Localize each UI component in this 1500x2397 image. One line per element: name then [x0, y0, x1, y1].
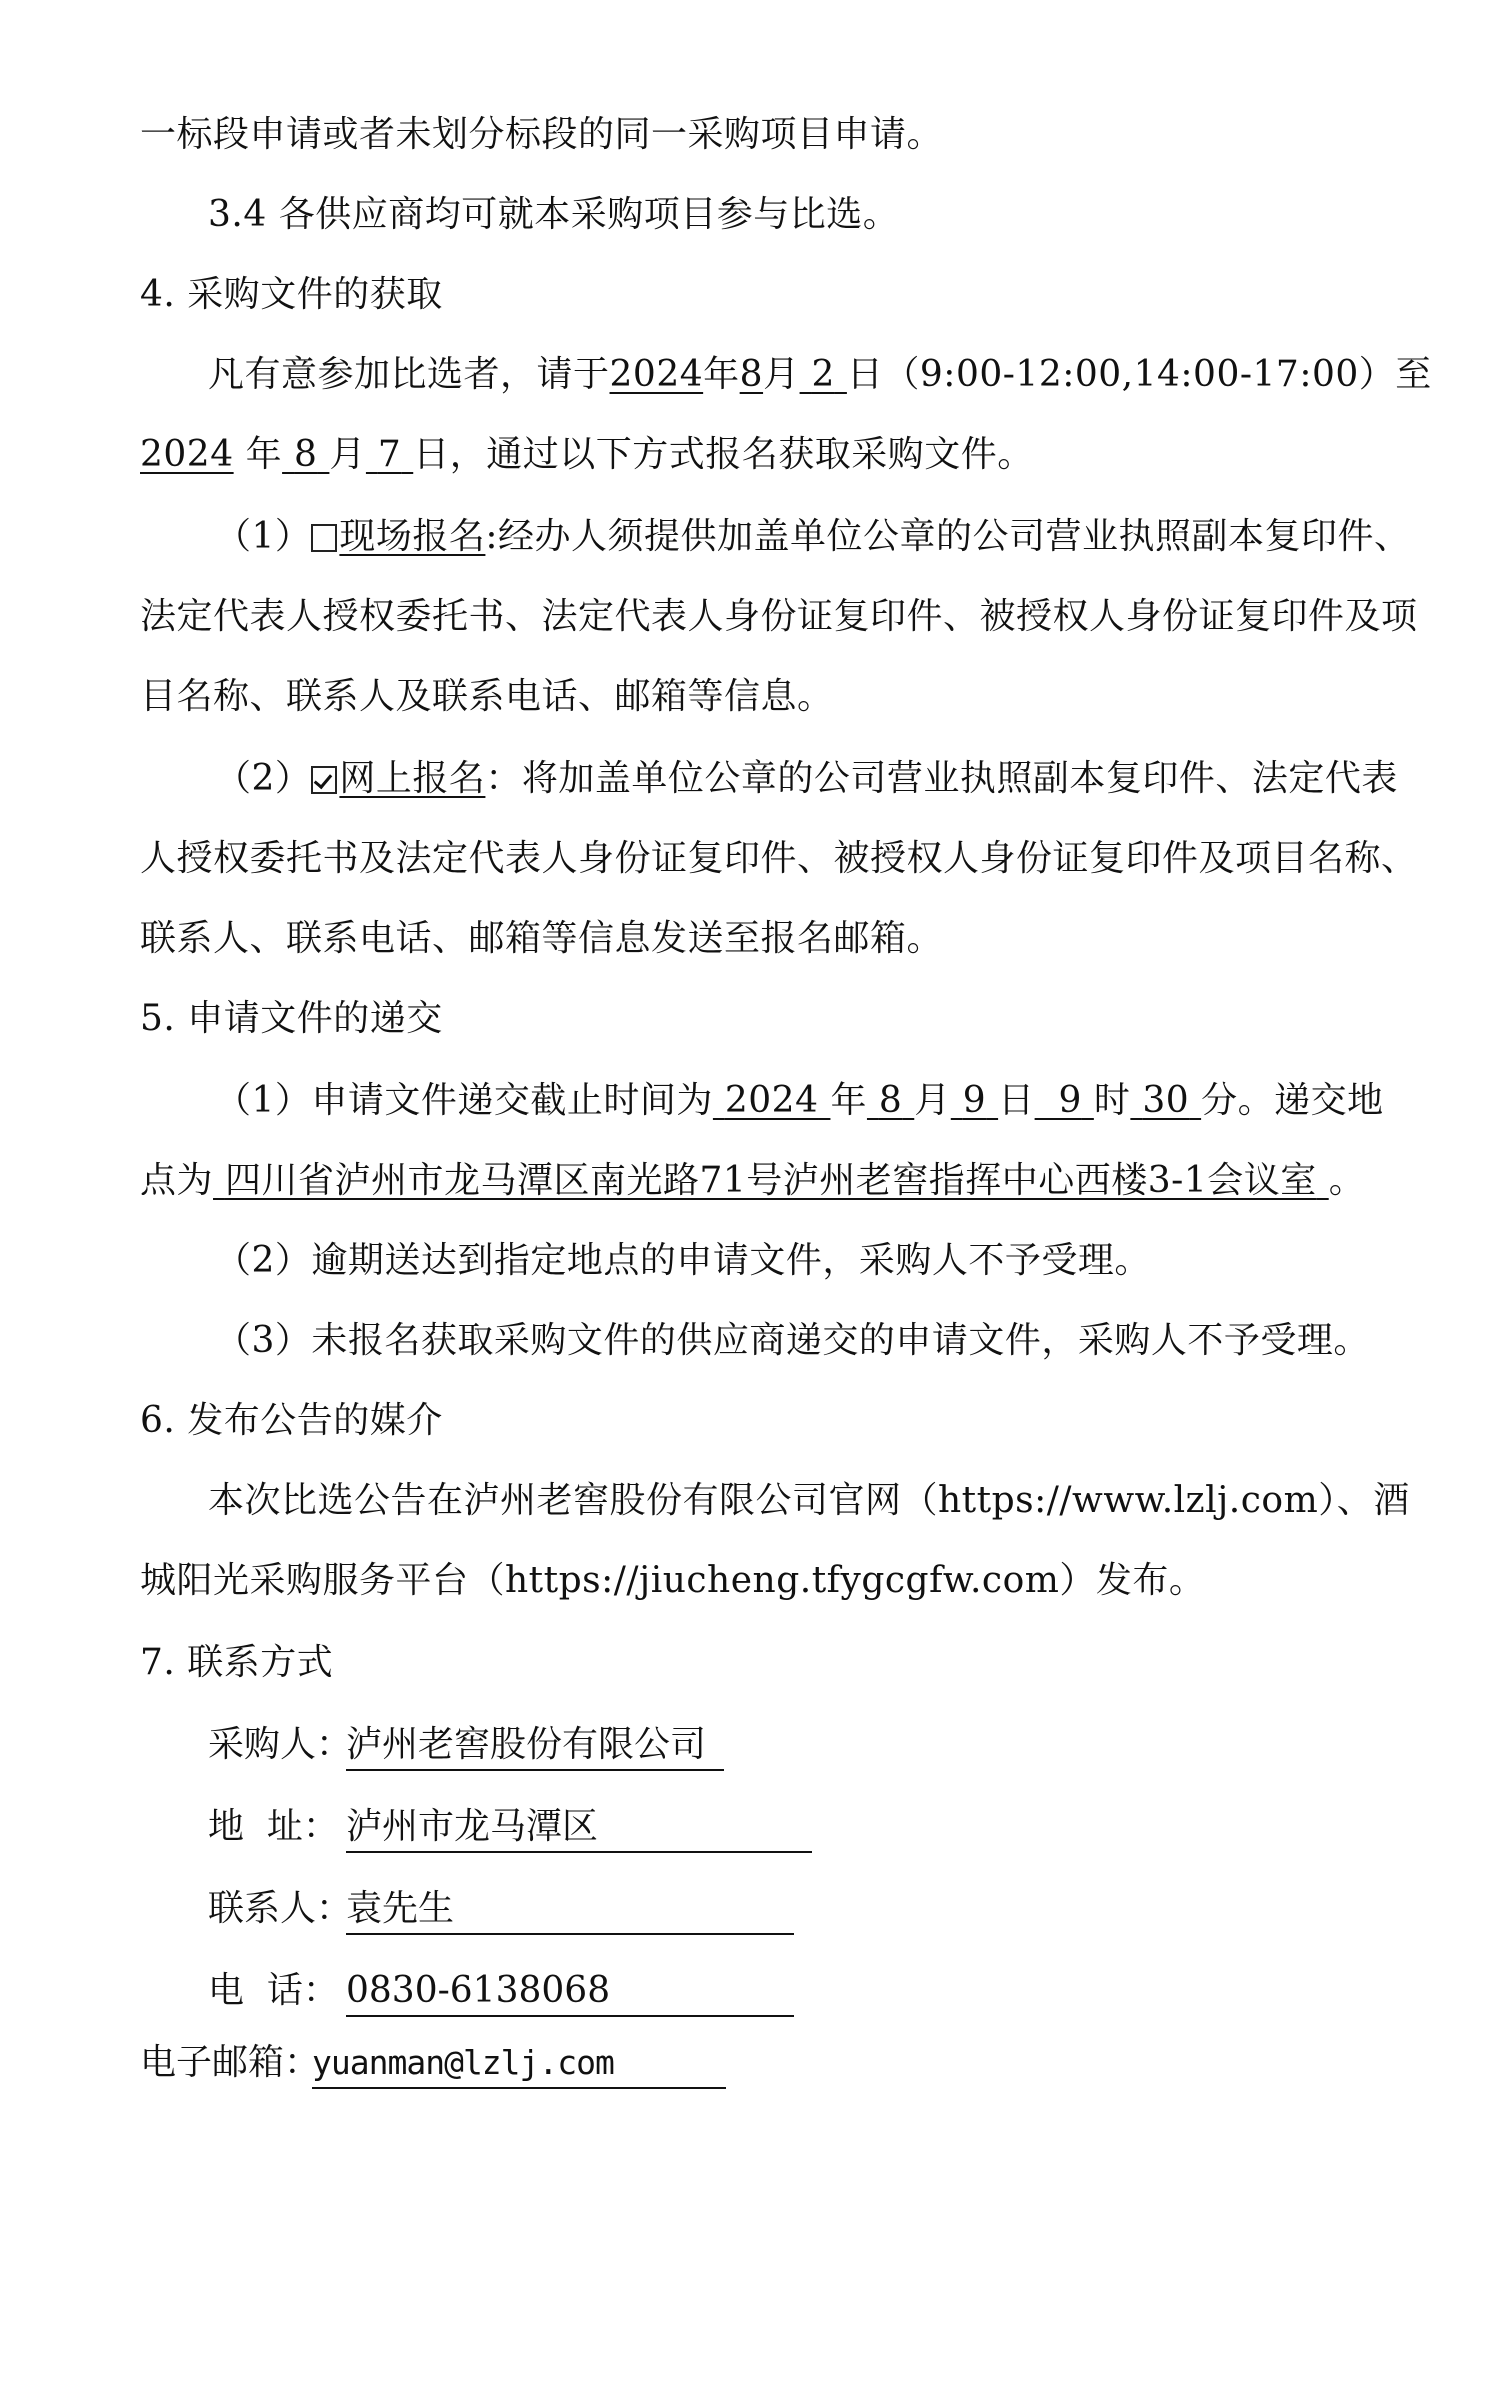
option-online-line1: （2）网上报名：将加盖单位公章的公司营业执照副本复印件、法定代表	[215, 757, 1415, 801]
email-value[interactable]: yuanman@lzlj.com	[312, 2041, 726, 2089]
option-online-line2: 人授权委托书及法定代表人身份证复印件、被授权人身份证复印件及项目名称、	[140, 837, 1340, 881]
day-char: 日	[847, 354, 884, 395]
deadline-day: 9	[951, 1080, 998, 1121]
deadline-year: 2024	[713, 1080, 831, 1121]
end-month-value: 8	[294, 434, 317, 475]
field-label: 地 址：	[208, 1805, 346, 1849]
month-char: 月	[329, 434, 366, 475]
start-year: 2024	[610, 354, 704, 395]
option-online-line3: 联系人、联系电话、邮箱等信息发送至报名邮箱。	[140, 917, 1340, 961]
section-4-intro-line1: 凡有意参加比选者，请于2024年8月 2 日（9:00-12:00,14:00-…	[208, 353, 1408, 397]
year-char: 年	[703, 354, 740, 395]
paragraph-3-4: 3.4 各供应商均可就本采购项目参与比选。	[208, 193, 1408, 237]
field-label: 电子邮箱：	[140, 2041, 312, 2085]
submission-location: 四川省泸州市龙马潭区南光路71号泸州老窖指挥中心西楼3-1会议室	[213, 1160, 1329, 1201]
option-onsite-line1: （1）现场报名:经办人须提供加盖单位公章的公司营业执照副本复印件、	[215, 515, 1415, 559]
deadline-text: （1）申请文件递交截止时间为	[215, 1080, 713, 1121]
contact-purchaser-row: 采购人：泸州老窖股份有限公司	[208, 1723, 724, 1771]
phone-value: 0830-6138068	[346, 1969, 794, 2017]
online-checkbox-checked-icon[interactable]	[311, 766, 337, 794]
month-char: 月	[763, 354, 800, 395]
section-5-heading: 5. 申请文件的递交	[140, 997, 1340, 1041]
location-label: 点为	[140, 1160, 213, 1201]
deadline-line: （1）申请文件递交截止时间为 2024 年 8 月 9 日 9 时 30 分。递…	[215, 1079, 1415, 1123]
deadline-hour-value: 9	[1059, 1080, 1082, 1121]
intro-text: 凡有意参加比选者，请于	[208, 354, 610, 395]
option-label: 现场报名	[339, 516, 485, 557]
purchaser-value: 泸州老窖股份有限公司	[346, 1723, 724, 1771]
end-month: 8	[282, 434, 329, 475]
contact-person-value: 袁先生	[346, 1887, 794, 1935]
section-4-heading: 4. 采购文件的获取	[140, 273, 1340, 317]
contact-person-row: 联系人：袁先生	[208, 1887, 794, 1935]
office-hours: （9:00-12:00,14:00-17:00）至	[883, 354, 1431, 395]
contact-address-row: 地 址：泸州市龙马潭区	[208, 1805, 812, 1853]
deadline-month-value: 8	[879, 1080, 902, 1121]
option-onsite-line2: 法定代表人授权委托书、法定代表人身份证复印件、被授权人身份证复印件及项	[140, 595, 1340, 639]
start-day: 2	[800, 354, 847, 395]
option-label: 网上报名	[339, 758, 485, 799]
minute-char: 分。递交地	[1201, 1080, 1384, 1121]
deadline-month: 8	[867, 1080, 914, 1121]
day-char: 日	[998, 1080, 1035, 1121]
section-4-intro-line2: 2024 年 8 月 7 日，通过以下方式报名获取采购文件。	[140, 433, 1340, 477]
option-number: （1）	[215, 516, 311, 557]
location-line: 点为 四川省泸州市龙马潭区南光路71号泸州老窖指挥中心西楼3-1会议室 。	[140, 1159, 1340, 1203]
field-label: 采购人：	[208, 1723, 346, 1767]
year-char: 年	[246, 434, 283, 475]
field-label: 联系人：	[208, 1887, 346, 1931]
deadline-hour: 9	[1035, 1080, 1094, 1121]
section-6-line1: 本次比选公告在泸州老窖股份有限公司官网（https://www.lzlj.com…	[208, 1479, 1408, 1523]
start-day-value: 2	[812, 354, 835, 395]
month-char: 月	[914, 1080, 951, 1121]
deadline-day-value: 9	[963, 1080, 986, 1121]
section-5-item-3: （3）未报名获取采购文件的供应商递交的申请文件，采购人不予受理。	[215, 1319, 1415, 1363]
end-year: 2024	[140, 434, 234, 475]
online-registration-option[interactable]: 网上报名	[311, 758, 485, 799]
end-day: 7	[366, 434, 413, 475]
contact-email-row: 电子邮箱：yuanman@lzlj.com	[140, 2041, 726, 2089]
option-text: :经办人须提供加盖单位公章的公司营业执照副本复印件、	[485, 516, 1410, 557]
document-page: 一标段申请或者未划分标段的同一采购项目申请。 3.4 各供应商均可就本采购项目参…	[0, 0, 1500, 2397]
option-onsite-line3: 目名称、联系人及联系电话、邮箱等信息。	[140, 675, 1340, 719]
address-value: 泸州市龙马潭区	[346, 1805, 812, 1853]
onsite-registration-option[interactable]: 现场报名	[311, 516, 485, 557]
deadline-minute: 30	[1130, 1080, 1201, 1121]
option-text: ：将加盖单位公章的公司营业执照副本复印件、法定代表	[485, 758, 1398, 799]
intro-post-text: 日，通过以下方式报名获取采购文件。	[413, 434, 1034, 475]
submission-location-value: 四川省泸州市龙马潭区南光路71号泸州老窖指挥中心西楼3-1会议室	[225, 1160, 1317, 1201]
section-5-item-2: （2）逾期送达到指定地点的申请文件，采购人不予受理。	[215, 1239, 1415, 1283]
onsite-checkbox-icon[interactable]	[311, 524, 337, 552]
contact-phone-row: 电 话：0830-6138068	[208, 1969, 794, 2017]
start-month: 8	[740, 354, 763, 395]
deadline-year-value: 2024	[725, 1080, 819, 1121]
hour-char: 时	[1094, 1080, 1131, 1121]
section-6-heading: 6. 发布公告的媒介	[140, 1399, 1340, 1443]
paragraph-continuation: 一标段申请或者未划分标段的同一采购项目申请。	[140, 113, 1340, 157]
location-period: 。	[1329, 1160, 1366, 1201]
section-7-heading: 7. 联系方式	[140, 1641, 1340, 1685]
section-6-line2: 城阳光采购服务平台（https://jiucheng.tfygcgfw.com）…	[140, 1559, 1340, 1603]
field-label: 电 话：	[208, 1969, 346, 2013]
year-char: 年	[830, 1080, 867, 1121]
end-day-value: 7	[378, 434, 401, 475]
deadline-minute-value: 30	[1142, 1080, 1189, 1121]
option-number: （2）	[215, 758, 311, 799]
